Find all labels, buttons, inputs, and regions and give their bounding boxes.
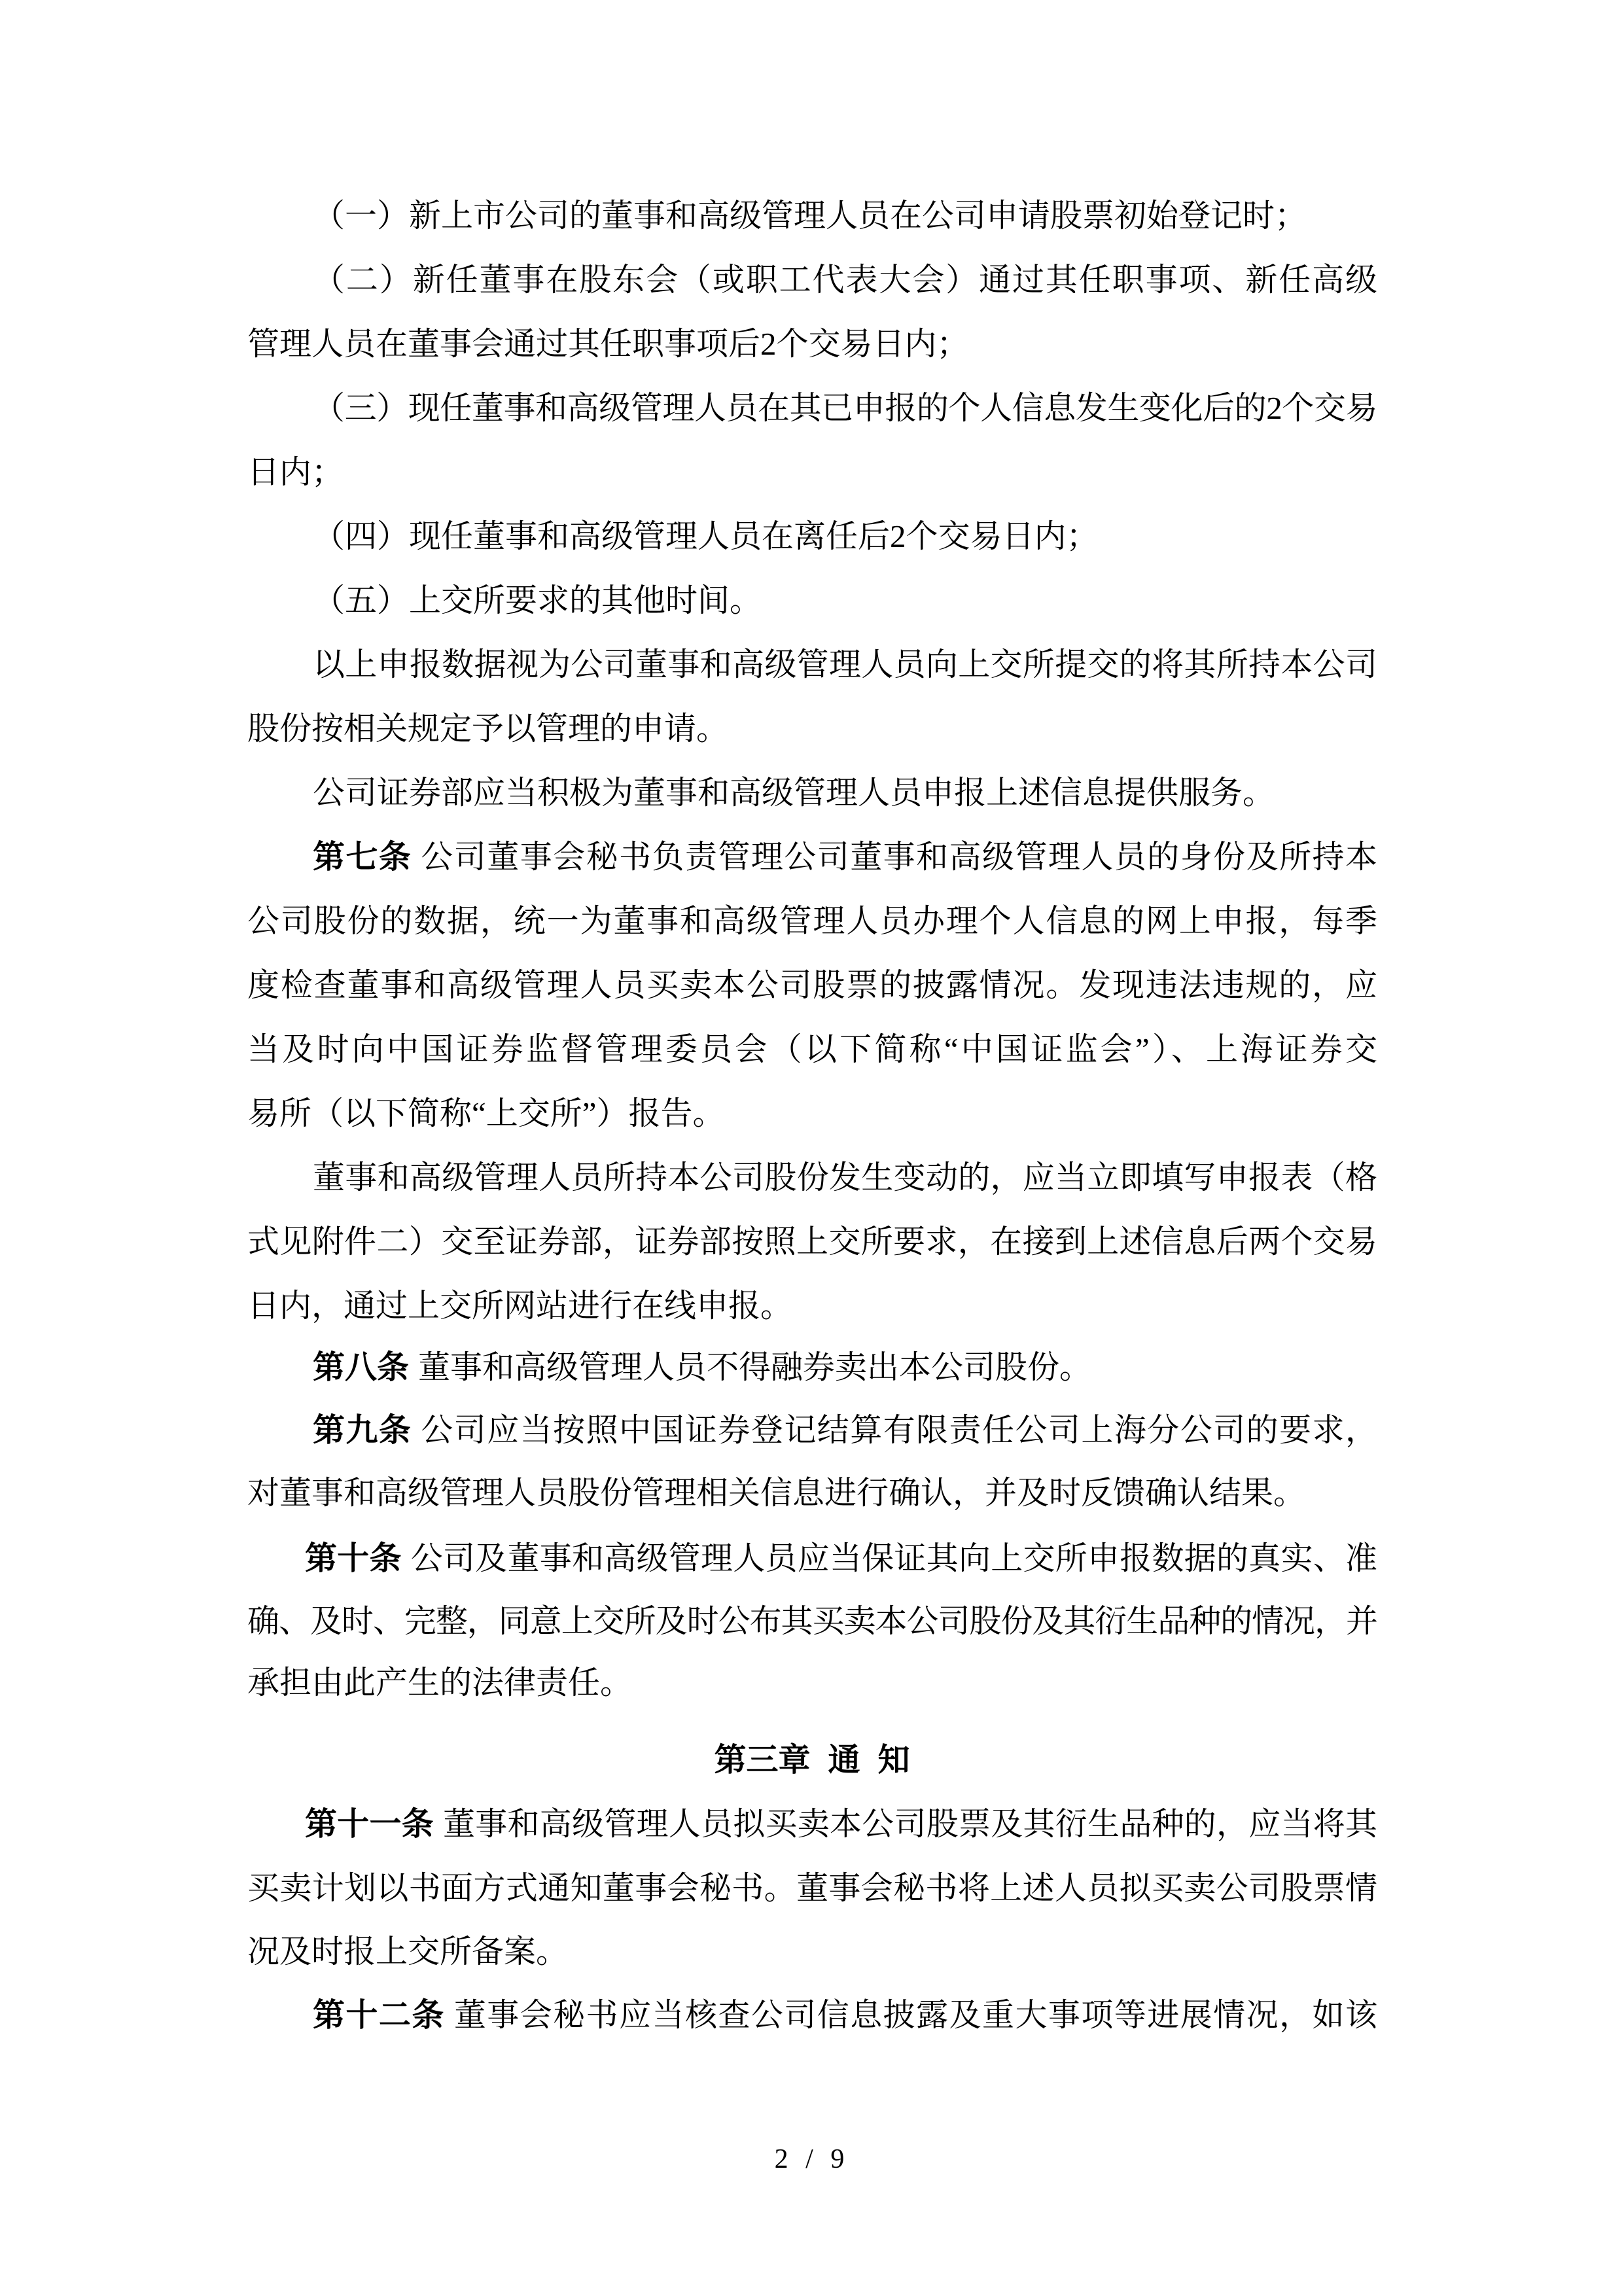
article-12-heading: 第十二条 (313, 1996, 445, 2034)
article-7-line-3: 度检查董事和高级管理人员买卖本公司股票的披露情况。发现违法违规的，应 (247, 966, 1377, 1005)
article-11-line-1: 第十一条董事和高级管理人员拟买卖本公司股票及其衍生品种的，应当将其 (305, 1805, 1377, 1844)
article-7-line-1: 第七条公司董事会秘书负责管理公司董事和高级管理人员的身份及所持本 (313, 838, 1377, 877)
article-10-line-2: 确、及时、完整，同意上交所及时公布其买卖本公司股份及其衍生品种的情况，并 (247, 1602, 1377, 1641)
article-9-line-2: 对董事和高级管理人员股份管理相关信息进行确认，并及时反馈确认结果。 (247, 1474, 1377, 1513)
article-7-line-4: 当及时向中国证券监督管理委员会（以下简称“中国证监会”）、上海证券交 (247, 1030, 1377, 1069)
paragraph-securities-dept: 公司证券部应当积极为董事和高级管理人员申报上述信息提供服务。 (313, 773, 1377, 813)
article-11-line-3: 况及时报上交所备案。 (247, 1932, 1377, 1971)
article-8-heading: 第八条 (313, 1349, 409, 1386)
article-11-text: 董事和高级管理人员拟买卖本公司股票及其衍生品种的，应当将其 (443, 1806, 1377, 1842)
article-11-heading: 第十一条 (305, 1805, 434, 1843)
article-7-heading: 第七条 (313, 838, 412, 875)
page-number: 2 / 9 (0, 2143, 1624, 2176)
list-item-2-line-1: （二）新任董事在股东会（或职工代表大会）通过其任职事项、新任高级 (313, 260, 1377, 300)
article-7-line-2: 公司股份的数据，统一为董事和高级管理人员办理个人信息的网上申报，每季 (247, 902, 1377, 941)
list-item-4: （四）现任董事和高级管理人员在离任后2个交易日内； (313, 517, 1377, 556)
article-10-line-1: 第十条公司及董事和高级管理人员应当保证其向上交所申报数据的真实、准 (305, 1539, 1377, 1578)
article-9-text: 公司应当按照中国证券登记结算有限责任公司上海分公司的要求， (421, 1412, 1377, 1448)
article-7-line-5: 易所（以下简称“上交所”）报告。 (247, 1094, 1377, 1133)
paragraph-declaration-line-2: 股份按相关规定予以管理的申请。 (247, 709, 1377, 749)
article-8-line-1: 第八条董事和高级管理人员不得融券卖出本公司股份。 (313, 1348, 1377, 1387)
article-9-heading: 第九条 (313, 1411, 412, 1449)
article-12-line-1: 第十二条董事会秘书应当核查公司信息披露及重大事项等进展情况，如该 (313, 1996, 1377, 2035)
article-10-heading: 第十条 (305, 1540, 402, 1577)
article-7-text: 公司董事会秘书负责管理公司董事和高级管理人员的身份及所持本 (421, 839, 1377, 875)
list-item-3-line-2: 日内； (247, 453, 1377, 492)
article-10-text: 公司及董事和高级管理人员应当保证其向上交所申报数据的真实、准 (411, 1540, 1377, 1576)
list-item-5: （五）上交所要求的其他时间。 (313, 581, 1377, 620)
article-12-text: 董事会秘书应当核查公司信息披露及重大事项等进展情况，如该 (454, 1997, 1377, 2033)
paragraph-share-change-line-2: 式见附件二）交至证券部，证券部按照上交所要求，在接到上述信息后两个交易 (247, 1222, 1377, 1262)
article-11-line-2: 买卖计划以书面方式通知董事会秘书。董事会秘书将上述人员拟买卖公司股票情 (247, 1869, 1377, 1908)
list-item-3-line-1: （三）现任董事和高级管理人员在其已申报的个人信息发生变化后的2个交易 (313, 389, 1377, 428)
paragraph-share-change-line-1: 董事和高级管理人员所持本公司股份发生变动的，应当立即填写申报表（格 (313, 1158, 1377, 1197)
list-item-1: （一）新上市公司的董事和高级管理人员在公司申请股票初始登记时； (313, 196, 1377, 236)
document-page: （一）新上市公司的董事和高级管理人员在公司申请股票初始登记时； （二）新任董事在… (0, 0, 1624, 2296)
paragraph-share-change-line-3: 日内，通过上交所网站进行在线申报。 (247, 1286, 1377, 1326)
chapter-heading: 第三章 通 知 (0, 1740, 1624, 1780)
list-item-2-line-2: 管理人员在董事会通过其任职事项后2个交易日内； (247, 325, 1377, 364)
article-9-line-1: 第九条公司应当按照中国证券登记结算有限责任公司上海分公司的要求， (313, 1411, 1377, 1450)
article-10-line-3: 承担由此产生的法律责任。 (247, 1663, 1377, 1703)
article-8-text: 董事和高级管理人员不得融券卖出本公司股份。 (418, 1349, 1091, 1385)
paragraph-declaration-line-1: 以上申报数据视为公司董事和高级管理人员向上交所提交的将其所持本公司 (313, 645, 1377, 684)
